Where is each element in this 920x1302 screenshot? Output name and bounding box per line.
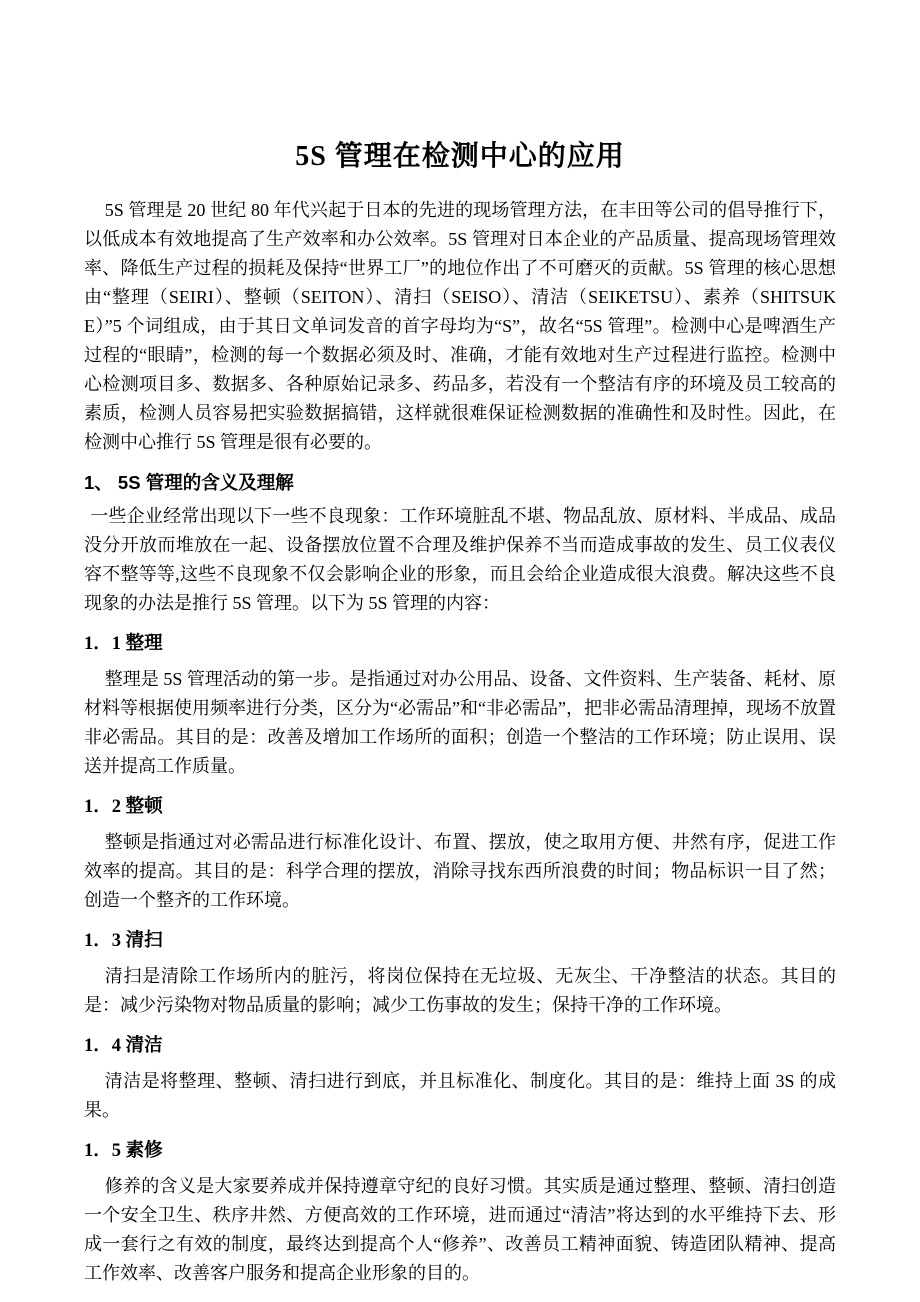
subsection-heading-1-4: 1．4 清洁: [84, 1032, 836, 1061]
subsection-heading-1-5: 1．5 素修: [84, 1137, 836, 1166]
subsection-heading-1-2: 1．2 整顿: [84, 793, 836, 822]
document-title: 5S 管理在检测中心的应用: [84, 136, 836, 178]
subsection-1-2-paragraph: 整顿是指通过对必需品进行标准化设计、布置、摆放，使之取用方便、井然有序，促进工作…: [84, 828, 836, 915]
document-title-text: 5S 管理在检测中心的应用: [295, 141, 625, 172]
subsection-1-3-paragraph: 清扫是清除工作场所内的脏污，将岗位保持在无垃圾、无灰尘、干净整洁的状态。其目的是…: [84, 962, 836, 1020]
intro-paragraph: 5S 管理是 20 世纪 80 年代兴起于日本的先进的现场管理方法，在丰田等公司…: [84, 196, 836, 457]
section-1-paragraph: 一些企业经常出现以下一些不良现象：工作环境脏乱不堪、物品乱放、原材料、半成品、成…: [84, 502, 836, 618]
subsection-1-1-paragraph: 整理是 5S 管理活动的第一步。是指通过对办公用品、设备、文件资料、生产装备、耗…: [84, 665, 836, 781]
subsection-1-4-paragraph: 清洁是将整理、整顿、清扫进行到底，并且标准化、制度化。其目的是：维持上面 3S …: [84, 1067, 836, 1125]
section-heading-1: 1、 5S 管理的含义及理解: [84, 468, 836, 497]
subsection-1-5-paragraph: 修养的含义是大家要养成并保持遵章守纪的良好习惯。其实质是通过整理、整顿、清扫创造…: [84, 1172, 836, 1288]
subsection-heading-1-1: 1．1 整理: [84, 630, 836, 659]
document-page: 5S 管理在检测中心的应用 5S 管理是 20 世纪 80 年代兴起于日本的先进…: [0, 0, 920, 1302]
subsection-heading-1-3: 1．3 清扫: [84, 927, 836, 956]
